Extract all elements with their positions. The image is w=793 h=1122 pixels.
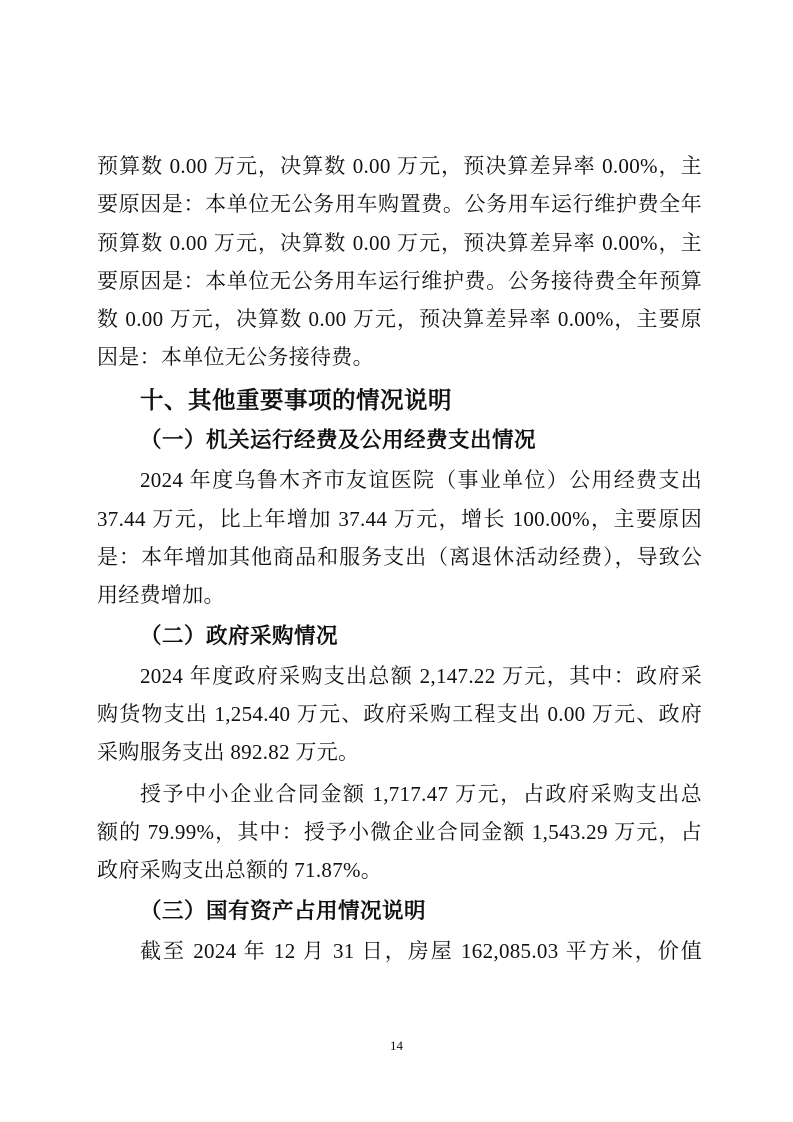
body-line: 截至 2024 年 12 月 31 日，房屋 162,085.03 平方米，价值 (97, 932, 702, 970)
document-page: 预算数 0.00 万元，决算数 0.00 万元，预决算差异率 0.00%，主 要… (0, 0, 793, 1122)
subsection-heading-3: （三）国有资产占用情况说明 (97, 892, 702, 930)
body-line: 要原因是：本单位无公务用车购置费。公务用车运行维护费全年 (97, 185, 702, 223)
body-line: 要原因是：本单位无公务用车运行维护费。公务接待费全年预算 (97, 262, 702, 300)
subsection-heading-1: （一）机关运行经费及公用经费支出情况 (97, 421, 702, 459)
body-line: 授予中小企业合同金额 1,717.47 万元，占政府采购支出总 (97, 775, 702, 813)
body-line: 预算数 0.00 万元，决算数 0.00 万元，预决算差异率 0.00%，主 (97, 147, 702, 185)
para-state-assets: 截至 2024 年 12 月 31 日，房屋 162,085.03 平方米，价值 (97, 932, 702, 970)
body-line: 2024 年度政府采购支出总额 2,147.22 万元，其中：政府采 (97, 657, 702, 695)
section-heading-10: 十、其他重要事项的情况说明 (97, 381, 702, 419)
body-line: 购货物支出 1,254.40 万元、政府采购工程支出 0.00 万元、政府 (97, 695, 702, 733)
body-line: 额的 79.99%，其中：授予小微企业合同金额 1,543.29 万元，占 (97, 813, 702, 851)
body-line: 采购服务支出 892.82 万元。 (97, 733, 702, 771)
body-line: 37.44 万元，比上年增加 37.44 万元，增长 100.00%，主要原因 (97, 500, 702, 538)
para-vehicle-fees: 预算数 0.00 万元，决算数 0.00 万元，预决算差异率 0.00%，主 要… (97, 147, 702, 377)
page-content: 预算数 0.00 万元，决算数 0.00 万元，预决算差异率 0.00%，主 要… (97, 147, 702, 970)
body-line: 预算数 0.00 万元，决算数 0.00 万元，预决算差异率 0.00%，主 (97, 224, 702, 262)
body-line: 2024 年度乌鲁木齐市友谊医院（事业单位）公用经费支出 (97, 461, 702, 499)
para-procurement: 2024 年度政府采购支出总额 2,147.22 万元，其中：政府采 购货物支出… (97, 657, 702, 772)
page-number: 14 (0, 1036, 793, 1056)
body-line: 因是：本单位无公务接待费。 (97, 338, 702, 376)
body-line: 数 0.00 万元，决算数 0.00 万元，预决算差异率 0.00%，主要原 (97, 300, 702, 338)
para-sme-contracts: 授予中小企业合同金额 1,717.47 万元，占政府采购支出总 额的 79.99… (97, 775, 702, 890)
body-line: 是：本年增加其他商品和服务支出（离退休活动经费），导致公 (97, 538, 702, 576)
subsection-heading-2: （二）政府采购情况 (97, 617, 702, 655)
body-line: 用经费增加。 (97, 576, 702, 614)
body-line: 政府采购支出总额的 71.87%。 (97, 851, 702, 889)
para-public-funds: 2024 年度乌鲁木齐市友谊医院（事业单位）公用经费支出 37.44 万元，比上… (97, 461, 702, 614)
